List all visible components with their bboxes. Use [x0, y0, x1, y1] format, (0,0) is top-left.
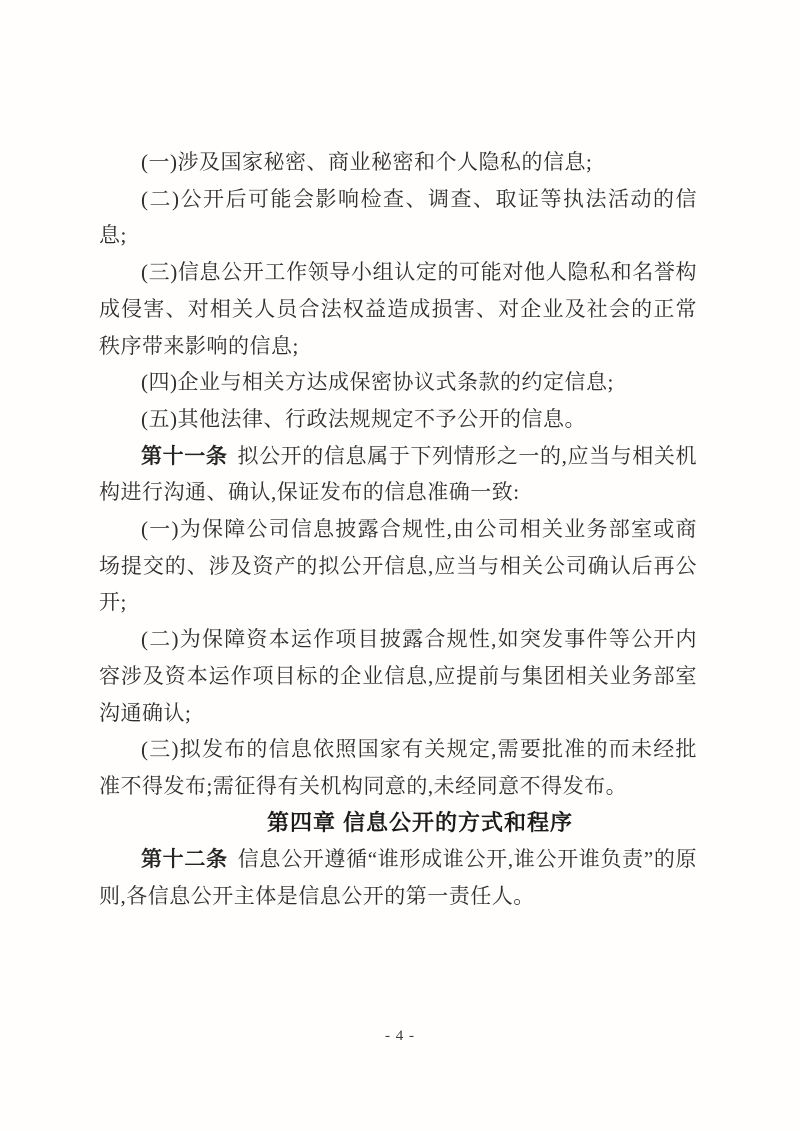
clause-item-3: (三)信息公开工作领导小组认定的可能对他人隐私和名誉构成侵害、对相关人员合法权益… [99, 254, 697, 364]
clause-item-2: (二)公开后可能会影响检查、调查、取证等执法活动的信息; [99, 181, 697, 254]
article-number-lead: 第十二条 [141, 847, 228, 871]
clause-text: (三)拟发布的信息依照国家有关规定,需要批准的而未经批准不得发布;需征得有关机构… [99, 737, 697, 798]
clause-item-4: (四)企业与相关方达成保密协议式条款的约定信息; [99, 364, 697, 401]
clause-text: (四)企业与相关方达成保密协议式条款的约定信息; [141, 370, 614, 394]
article-11-paragraph: 第十一条拟公开的信息属于下列情形之一的,应当与相关机构进行沟通、确认,保证发布的… [99, 438, 697, 511]
clause-item-1: (一)涉及国家秘密、商业秘密和个人隐私的信息; [99, 144, 697, 181]
clause-item-8: (三)拟发布的信息依照国家有关规定,需要批准的而未经批准不得发布;需征得有关机构… [99, 731, 697, 804]
document-body: (一)涉及国家秘密、商业秘密和个人隐私的信息; (二)公开后可能会影响检查、调查… [99, 144, 697, 915]
clause-item-7: (二)为保障资本运作项目披露合规性,如突发事件等公开内容涉及资本运作项目标的企业… [99, 621, 697, 731]
clause-text: (三)信息公开工作领导小组认定的可能对他人隐私和名誉构成侵害、对相关人员合法权益… [99, 260, 697, 357]
clause-text: (一)涉及国家秘密、商业秘密和个人隐私的信息; [141, 150, 592, 174]
clause-item-5: (五)其他法律、行政法规规定不予公开的信息。 [99, 401, 697, 438]
chapter-4-heading: 第四章 信息公开的方式和程序 [99, 805, 697, 842]
clause-text: (二)为保障资本运作项目披露合规性,如突发事件等公开内容涉及资本运作项目标的企业… [99, 627, 697, 724]
clause-text: (一)为保障公司信息披露合规性,由公司相关业务部室或商场提交的、涉及资产的拟公开… [99, 517, 697, 614]
clause-text: (二)公开后可能会影响检查、调查、取证等执法活动的信息; [99, 187, 697, 248]
clause-text: (五)其他法律、行政法规规定不予公开的信息。 [141, 407, 586, 431]
page-number: - 4 - [0, 1028, 800, 1045]
document-page: (一)涉及国家秘密、商业秘密和个人隐私的信息; (二)公开后可能会影响检查、调查… [0, 0, 800, 1131]
article-number-lead: 第十一条 [141, 444, 227, 468]
clause-item-6: (一)为保障公司信息披露合规性,由公司相关业务部室或商场提交的、涉及资产的拟公开… [99, 511, 697, 621]
article-12-paragraph: 第十二条信息公开遵循“谁形成谁公开,谁公开谁负责”的原则,各信息公开主体是信息公… [99, 841, 697, 914]
